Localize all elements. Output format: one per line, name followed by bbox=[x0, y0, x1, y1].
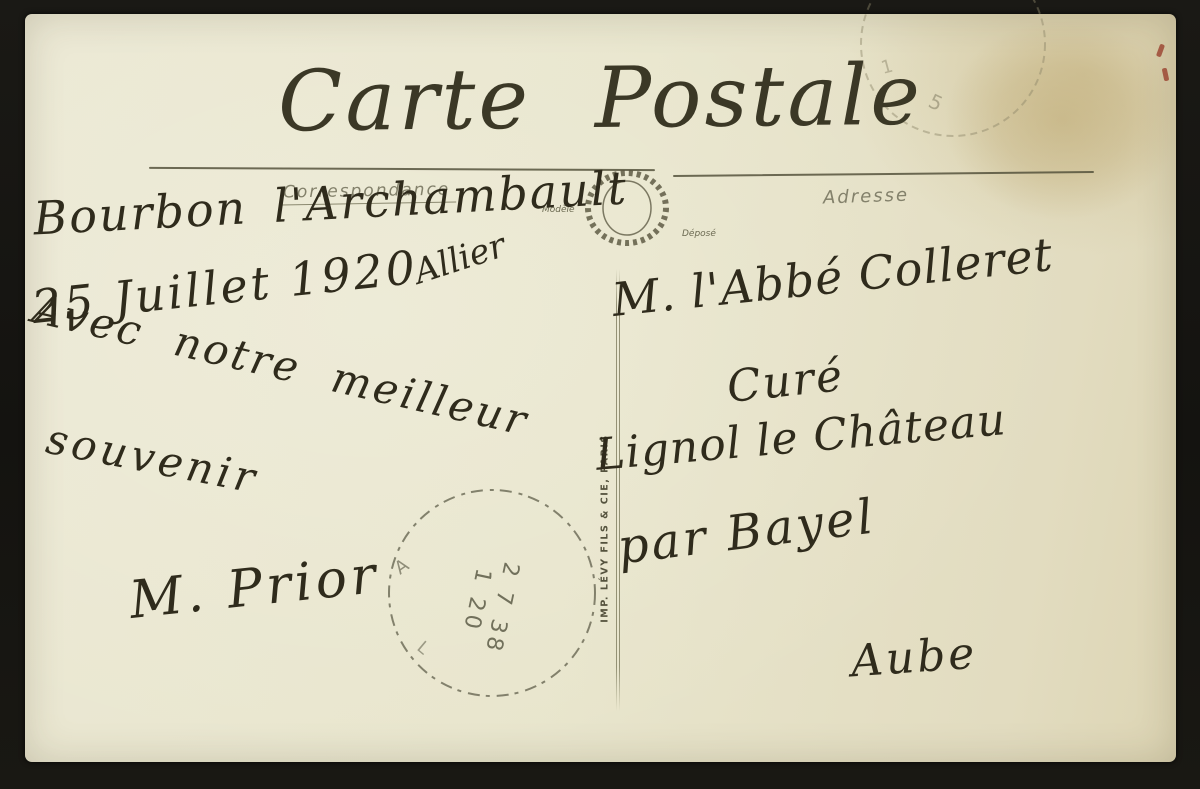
address-title: Curé bbox=[725, 354, 846, 410]
postcard-back: 5 1 Carte Postale Correspondance Adresse… bbox=[25, 14, 1176, 762]
postmark-bottom: 2 7 38 1 20 A L bbox=[380, 479, 610, 714]
center-divider-line bbox=[616, 269, 620, 711]
postmark-ring-letter: L bbox=[413, 638, 434, 660]
handwritten-department: Allier bbox=[410, 228, 509, 289]
card-title: Carte Postale bbox=[25, 50, 1177, 146]
address-locality: Lignol le Château bbox=[594, 398, 1008, 478]
handwritten-message-line: Avec notre meilleur bbox=[29, 287, 533, 442]
address-label: Adresse bbox=[823, 185, 910, 209]
handwritten-message-line: souvenir bbox=[43, 418, 262, 500]
handwritten-signature: M. Prior bbox=[127, 549, 382, 627]
emblem-right-caption: Déposé bbox=[682, 228, 716, 239]
photo-background: 5 1 Carte Postale Correspondance Adresse… bbox=[0, 0, 1200, 789]
address-via: par Bayel bbox=[615, 492, 878, 571]
address-department: Aube bbox=[850, 632, 979, 685]
